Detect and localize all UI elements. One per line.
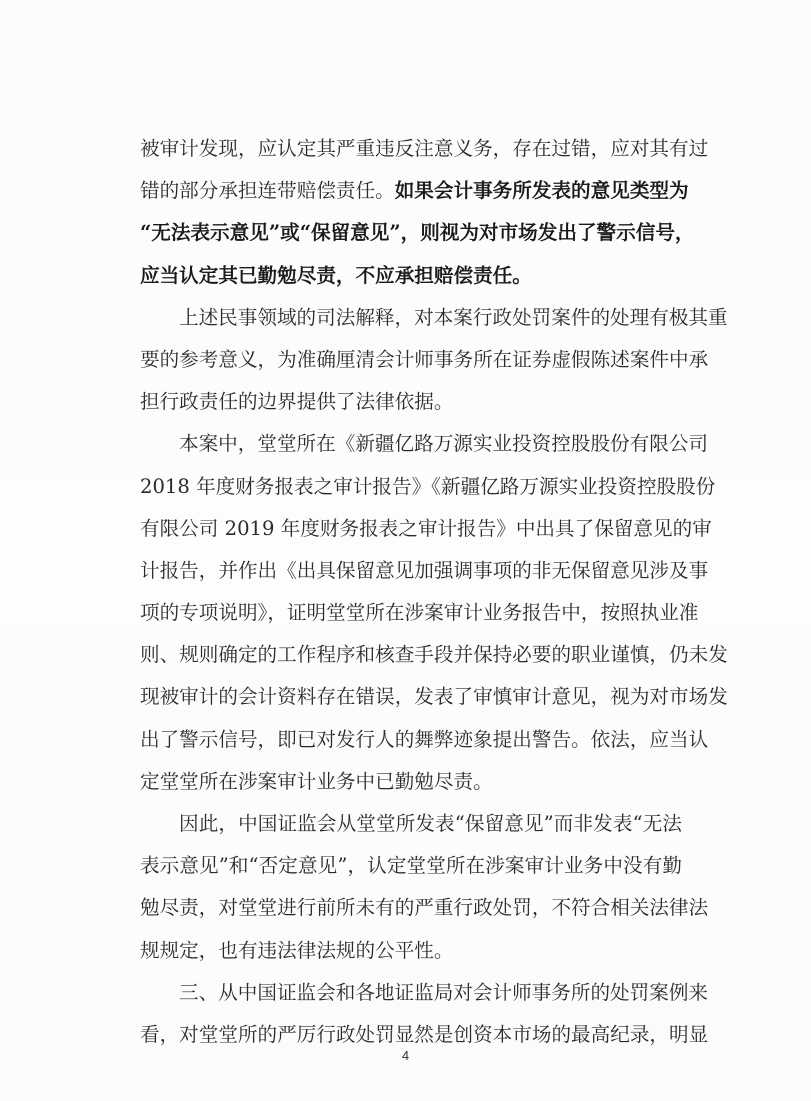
text-line: 上述民事领域的司法解释，对本案行政处罚案件的处理有极其重 (140, 297, 682, 339)
page-number: 4 (0, 1048, 811, 1063)
text-line: 规规定，也有违法律法规的公平性。 (140, 930, 682, 972)
text-line: 现被审计的会计资料存在错误，发表了审慎审计意见，视为对市场发 (140, 676, 682, 718)
text-line: 计报告，并作出《出具保留意见加强调事项的非无保留意见涉及事 (140, 550, 682, 592)
text-span: 错的部分承担连带赔偿责任。 (140, 179, 395, 202)
text-line: 要的参考意义，为准确厘清会计师事务所在证券虚假陈述案件中承 (140, 339, 682, 381)
paragraph-2: 上述民事领域的司法解释，对本案行政处罚案件的处理有极其重 要的参考意义，为准确厘… (140, 297, 682, 424)
text-line: 勉尽责，对堂堂进行前所未有的严重行政处罚，不符合相关法律法 (140, 887, 682, 929)
document-body: 被审计发现，应认定其严重违反注意义务，存在过错，应对其有过 错的部分承担连带赔偿… (140, 128, 682, 1056)
text-line: 项的专项说明》，证明堂堂所在涉案审计业务报告中，按照执业准 (140, 592, 682, 634)
section-heading-line: 三、从中国证监会和各地证监局对会计师事务所的处罚案例来 (140, 972, 682, 1014)
text-line: 担行政责任的边界提供了法律依据。 (140, 381, 682, 423)
text-line: 表示意见”和“否定意见”，认定堂堂所在涉案审计业务中没有勤 (140, 845, 682, 887)
paragraph-3: 本案中，堂堂所在《新疆亿路万源实业投资控股股份有限公司 2018 年度财务报表之… (140, 423, 682, 803)
text-line: 2018 年度财务报表之审计报告》《新疆亿路万源实业投资控股股份 (140, 466, 682, 508)
text-line: 本案中，堂堂所在《新疆亿路万源实业投资控股股份有限公司 (140, 423, 682, 465)
text-line: 被审计发现，应认定其严重违反注意义务，存在过错，应对其有过 (140, 128, 682, 170)
text-line: 则、规则确定的工作程序和核查手段并保持必要的职业谨慎，仍未发 (140, 634, 682, 676)
text-line: 定堂堂所在涉案审计业务中已勤勉尽责。 (140, 761, 682, 803)
bold-text-line: “无法表示意见”或“保留意见”，则视为对市场发出了警示信号， (140, 212, 682, 254)
bold-text-span: 如果会计事务所发表的意见类型为 (395, 179, 689, 202)
text-line: 出了警示信号，即已对发行人的舞弊迹象提出警告。依法，应当认 (140, 719, 682, 761)
text-line: 有限公司 2019 年度财务报表之审计报告》中出具了保留意见的审 (140, 508, 682, 550)
paragraph-4: 因此，中国证监会从堂堂所发表“保留意见”而非发表“无法 表示意见”和“否定意见”… (140, 803, 682, 972)
text-line: 错的部分承担连带赔偿责任。如果会计事务所发表的意见类型为 (140, 170, 682, 212)
paragraph-5: 三、从中国证监会和各地证监局对会计师事务所的处罚案例来 看，对堂堂所的严厉行政处… (140, 972, 682, 1056)
bold-text-line: 应当认定其已勤勉尽责，不应承担赔偿责任。 (140, 255, 682, 297)
text-line: 因此，中国证监会从堂堂所发表“保留意见”而非发表“无法 (140, 803, 682, 845)
document-page: 被审计发现，应认定其严重违反注意义务，存在过错，应对其有过 错的部分承担连带赔偿… (0, 0, 811, 1101)
paragraph-1: 被审计发现，应认定其严重违反注意义务，存在过错，应对其有过 错的部分承担连带赔偿… (140, 128, 682, 297)
